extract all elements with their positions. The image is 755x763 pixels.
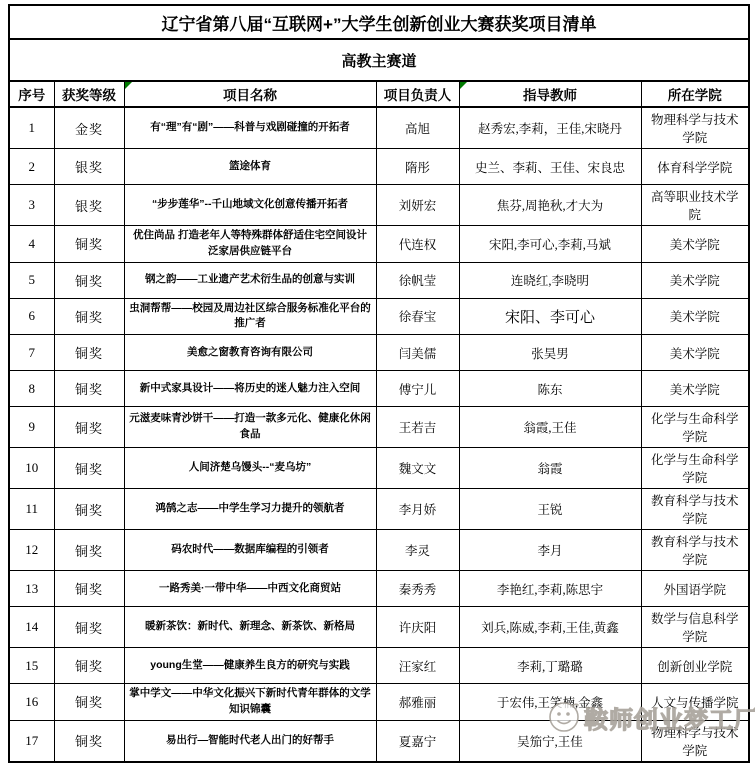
project-name-cell[interactable]: 人间济楚乌馒头--“麦乌坊”: [124, 448, 376, 489]
advisors-cell[interactable]: 焦芬,周艳秋,才大为: [459, 185, 641, 226]
column-header-label: 指导教师: [523, 88, 577, 103]
college-cell[interactable]: 数学与信息科学学院: [641, 607, 749, 648]
table-row: 11铜奖鸿鹄之志——中学生学习力提升的领航者李月娇王锐教育科学与技术学院: [9, 489, 749, 530]
project-leader-cell[interactable]: 汪家红: [376, 648, 459, 684]
row-number-cell[interactable]: 7: [9, 335, 54, 371]
table-row: 1金奖有“理”有“剧”——科普与戏剧碰撞的开拓者高旭赵秀宏,李莉，王佳,宋晓丹物…: [9, 107, 749, 149]
project-leader-cell[interactable]: 夏嘉宁: [376, 720, 459, 762]
award-level-cell[interactable]: 铜奖: [54, 298, 124, 335]
table-row: 16铜奖掌中学文——中华文化振兴下新时代青年群体的文学知识锦囊郝雅丽于宏伟,王笑…: [9, 684, 749, 721]
row-number-cell[interactable]: 3: [9, 185, 54, 226]
column-header-label: 所在学院: [668, 88, 722, 103]
table-body: 1金奖有“理”有“剧”——科普与戏剧碰撞的开拓者高旭赵秀宏,李莉，王佳,宋晓丹物…: [9, 107, 749, 762]
project-leader-cell[interactable]: 李月娇: [376, 489, 459, 530]
column-header-leader[interactable]: 项目负责人: [376, 81, 459, 107]
award-level-cell[interactable]: 铜奖: [54, 226, 124, 263]
project-name-cell[interactable]: 一路秀美·一带中华——中西文化商贸站: [124, 571, 376, 607]
row-number-cell[interactable]: 16: [9, 684, 54, 721]
project-leader-cell[interactable]: 代连权: [376, 226, 459, 263]
table-row: 17铜奖易出行—智能时代老人出门的好帮手夏嘉宁吴笳宁,王佳物理科学与技术学院: [9, 720, 749, 762]
advisors-cell[interactable]: 宋阳、李可心: [459, 298, 641, 335]
project-name-cell[interactable]: 新中式家具设计——将历史的迷人魅力注入空间: [124, 371, 376, 407]
row-number-cell[interactable]: 2: [9, 149, 54, 185]
project-name-cell[interactable]: 码农时代——数据库编程的引领者: [124, 530, 376, 571]
table-row: 4铜奖优住尚品 打造老年人等特殊群体舒适住宅空间设计泛家居供应链平台代连权宋阳,…: [9, 226, 749, 263]
row-number-cell[interactable]: 17: [9, 720, 54, 762]
project-name-cell[interactable]: 有“理”有“剧”——科普与戏剧碰撞的开拓者: [124, 107, 376, 149]
project-name-cell[interactable]: 易出行—智能时代老人出门的好帮手: [124, 720, 376, 762]
project-leader-cell[interactable]: 王若吉: [376, 407, 459, 448]
table-row: 9铜奖元滋麦味青沙饼干——打造一款多元化、健康化休闲食品王若吉翁霞,王佳化学与生…: [9, 407, 749, 448]
award-level-cell[interactable]: 金奖: [54, 107, 124, 149]
award-level-cell[interactable]: 铜奖: [54, 407, 124, 448]
college-cell[interactable]: 美术学院: [641, 335, 749, 371]
table-row: 10铜奖人间济楚乌馒头--“麦乌坊”魏文文翁霞化学与生命科学学院: [9, 448, 749, 489]
row-number-cell[interactable]: 15: [9, 648, 54, 684]
award-level-cell[interactable]: 铜奖: [54, 262, 124, 298]
college-cell[interactable]: 外国语学院: [641, 571, 749, 607]
project-leader-cell[interactable]: 许庆阳: [376, 607, 459, 648]
advisors-cell[interactable]: 史兰、李莉、王佳、宋良忠: [459, 149, 641, 185]
table-row: 8铜奖新中式家具设计——将历史的迷人魅力注入空间傅宁儿陈东美术学院: [9, 371, 749, 407]
college-cell[interactable]: 教育科学与技术学院: [641, 530, 749, 571]
project-name-cell[interactable]: 虫洞帮帮——校园及周边社区综合服务标准化平台的推广者: [124, 298, 376, 335]
college-cell[interactable]: 高等职业技术学院: [641, 185, 749, 226]
row-number-cell[interactable]: 8: [9, 371, 54, 407]
project-name-cell[interactable]: “步步莲华”--千山地域文化创意传播开拓者: [124, 185, 376, 226]
table-row: 14铜奖暖新茶饮：新时代、新理念、新茶饮、新格局许庆阳刘兵,陈威,李莉,王佳,黄…: [9, 607, 749, 648]
project-leader-cell[interactable]: 傅宁儿: [376, 371, 459, 407]
advisors-cell[interactable]: 刘兵,陈威,李莉,王佳,黄鑫: [459, 607, 641, 648]
project-leader-cell[interactable]: 李灵: [376, 530, 459, 571]
college-cell[interactable]: 体育科学学院: [641, 149, 749, 185]
subtitle-row: 高教主赛道: [9, 39, 749, 81]
project-leader-cell[interactable]: 魏文文: [376, 448, 459, 489]
row-number-cell[interactable]: 10: [9, 448, 54, 489]
spreadsheet-page: 辽宁省第八届“互联网+”大学生创新创业大赛获奖项目清单 高教主赛道 序号获奖等级…: [0, 0, 755, 763]
award-level-cell[interactable]: 银奖: [54, 149, 124, 185]
project-name-cell[interactable]: 暖新茶饮：新时代、新理念、新茶饮、新格局: [124, 607, 376, 648]
college-cell[interactable]: 教育科学与技术学院: [641, 489, 749, 530]
project-name-cell[interactable]: 篮途体育: [124, 149, 376, 185]
title-row: 辽宁省第八届“互联网+”大学生创新创业大赛获奖项目清单: [9, 5, 749, 39]
college-cell[interactable]: 物理科学与技术学院: [641, 107, 749, 149]
column-header-project[interactable]: 项目名称: [124, 81, 376, 107]
project-leader-cell[interactable]: 郝雅丽: [376, 684, 459, 721]
project-name-cell[interactable]: 鸿鹄之志——中学生学习力提升的领航者: [124, 489, 376, 530]
project-name-cell[interactable]: 优住尚品 打造老年人等特殊群体舒适住宅空间设计泛家居供应链平台: [124, 226, 376, 263]
row-number-cell[interactable]: 11: [9, 489, 54, 530]
project-name-cell[interactable]: 钢之韵——工业遗产艺术衍生品的创意与实训: [124, 262, 376, 298]
project-leader-cell[interactable]: 徐春宝: [376, 298, 459, 335]
project-leader-cell[interactable]: 秦秀秀: [376, 571, 459, 607]
table-row: 13铜奖一路秀美·一带中华——中西文化商贸站秦秀秀李艳红,李莉,陈思宇外国语学院: [9, 571, 749, 607]
award-level-cell[interactable]: 铜奖: [54, 489, 124, 530]
award-level-cell[interactable]: 铜奖: [54, 607, 124, 648]
college-cell[interactable]: 美术学院: [641, 371, 749, 407]
college-cell[interactable]: 物理科学与技术学院: [641, 720, 749, 762]
column-header-label: 项目负责人: [384, 88, 452, 103]
project-leader-cell[interactable]: 徐帆莹: [376, 262, 459, 298]
column-header-label: 获奖等级: [62, 88, 116, 103]
row-number-cell[interactable]: 4: [9, 226, 54, 263]
advisors-cell[interactable]: 李月: [459, 530, 641, 571]
college-cell[interactable]: 美术学院: [641, 226, 749, 263]
table-row: 7铜奖美愈之窗教育咨询有限公司闫美儒张昊男美术学院: [9, 335, 749, 371]
award-level-cell[interactable]: 铜奖: [54, 648, 124, 684]
advisors-cell[interactable]: 连晓红,李晓明: [459, 262, 641, 298]
document-title[interactable]: 辽宁省第八届“互联网+”大学生创新创业大赛获奖项目清单: [9, 5, 749, 39]
header-row: 序号获奖等级项目名称项目负责人指导教师所在学院: [9, 81, 749, 107]
advisors-cell[interactable]: 李艳红,李莉,陈思宇: [459, 571, 641, 607]
column-header-advisors[interactable]: 指导教师: [459, 81, 641, 107]
advisors-cell[interactable]: 于宏伟,王笑楠,金鑫: [459, 684, 641, 721]
project-leader-cell[interactable]: 闫美儒: [376, 335, 459, 371]
award-level-cell[interactable]: 铜奖: [54, 448, 124, 489]
row-number-cell[interactable]: 14: [9, 607, 54, 648]
advisors-cell[interactable]: 张昊男: [459, 335, 641, 371]
row-number-cell[interactable]: 9: [9, 407, 54, 448]
row-number-cell[interactable]: 1: [9, 107, 54, 149]
advisors-cell[interactable]: 赵秀宏,李莉，王佳,宋晓丹: [459, 107, 641, 149]
award-level-cell[interactable]: 银奖: [54, 185, 124, 226]
college-cell[interactable]: 美术学院: [641, 262, 749, 298]
row-number-cell[interactable]: 12: [9, 530, 54, 571]
column-header-no[interactable]: 序号: [9, 81, 54, 107]
row-number-cell[interactable]: 6: [9, 298, 54, 335]
advisors-cell[interactable]: 翁霞: [459, 448, 641, 489]
project-leader-cell[interactable]: 高旭: [376, 107, 459, 149]
column-header-label: 序号: [18, 88, 45, 103]
table-row: 3银奖“步步莲华”--千山地域文化创意传播开拓者刘妍宏焦芬,周艳秋,才大为高等职…: [9, 185, 749, 226]
awards-table: 辽宁省第八届“互联网+”大学生创新创业大赛获奖项目清单 高教主赛道 序号获奖等级…: [8, 4, 750, 763]
row-number-cell[interactable]: 5: [9, 262, 54, 298]
college-cell[interactable]: 创新创业学院: [641, 648, 749, 684]
award-level-cell[interactable]: 铜奖: [54, 371, 124, 407]
column-header-award[interactable]: 获奖等级: [54, 81, 124, 107]
advisors-cell[interactable]: 宋阳,李可心,李莉,马斌: [459, 226, 641, 263]
advisors-cell[interactable]: 翁霞,王佳: [459, 407, 641, 448]
table-row: 15铜奖young生堂——健康养生良方的研究与实践汪家红李莉,丁璐璐创新创业学院: [9, 648, 749, 684]
project-name-cell[interactable]: 美愈之窗教育咨询有限公司: [124, 335, 376, 371]
track-subtitle[interactable]: 高教主赛道: [9, 39, 749, 81]
college-cell[interactable]: 化学与生命科学学院: [641, 407, 749, 448]
advisors-cell[interactable]: 陈东: [459, 371, 641, 407]
project-name-cell[interactable]: 元滋麦味青沙饼干——打造一款多元化、健康化休闲食品: [124, 407, 376, 448]
advisors-cell[interactable]: 李莉,丁璐璐: [459, 648, 641, 684]
project-leader-cell[interactable]: 隋彤: [376, 149, 459, 185]
project-leader-cell[interactable]: 刘妍宏: [376, 185, 459, 226]
award-level-cell[interactable]: 铜奖: [54, 571, 124, 607]
college-cell[interactable]: 化学与生命科学学院: [641, 448, 749, 489]
error-marker-triangle-icon: [460, 82, 467, 89]
error-marker-triangle-icon: [125, 82, 132, 89]
table-row: 12铜奖码农时代——数据库编程的引领者李灵李月教育科学与技术学院: [9, 530, 749, 571]
project-name-cell[interactable]: young生堂——健康养生良方的研究与实践: [124, 648, 376, 684]
award-level-cell[interactable]: 铜奖: [54, 530, 124, 571]
project-name-cell[interactable]: 掌中学文——中华文化振兴下新时代青年群体的文学知识锦囊: [124, 684, 376, 721]
award-level-cell[interactable]: 铜奖: [54, 335, 124, 371]
column-header-college[interactable]: 所在学院: [641, 81, 749, 107]
table-row: 2银奖篮途体育隋彤史兰、李莉、王佳、宋良忠体育科学学院: [9, 149, 749, 185]
table-row: 6铜奖虫洞帮帮——校园及周边社区综合服务标准化平台的推广者徐春宝宋阳、李可心美术…: [9, 298, 749, 335]
table-row: 5铜奖钢之韵——工业遗产艺术衍生品的创意与实训徐帆莹连晓红,李晓明美术学院: [9, 262, 749, 298]
college-cell[interactable]: 美术学院: [641, 298, 749, 335]
award-level-cell[interactable]: 铜奖: [54, 684, 124, 721]
column-header-label: 项目名称: [223, 88, 277, 103]
college-cell[interactable]: 人文与传播学院: [641, 684, 749, 721]
row-number-cell[interactable]: 13: [9, 571, 54, 607]
advisors-cell[interactable]: 吴笳宁,王佳: [459, 720, 641, 762]
award-level-cell[interactable]: 铜奖: [54, 720, 124, 762]
advisors-cell[interactable]: 王锐: [459, 489, 641, 530]
